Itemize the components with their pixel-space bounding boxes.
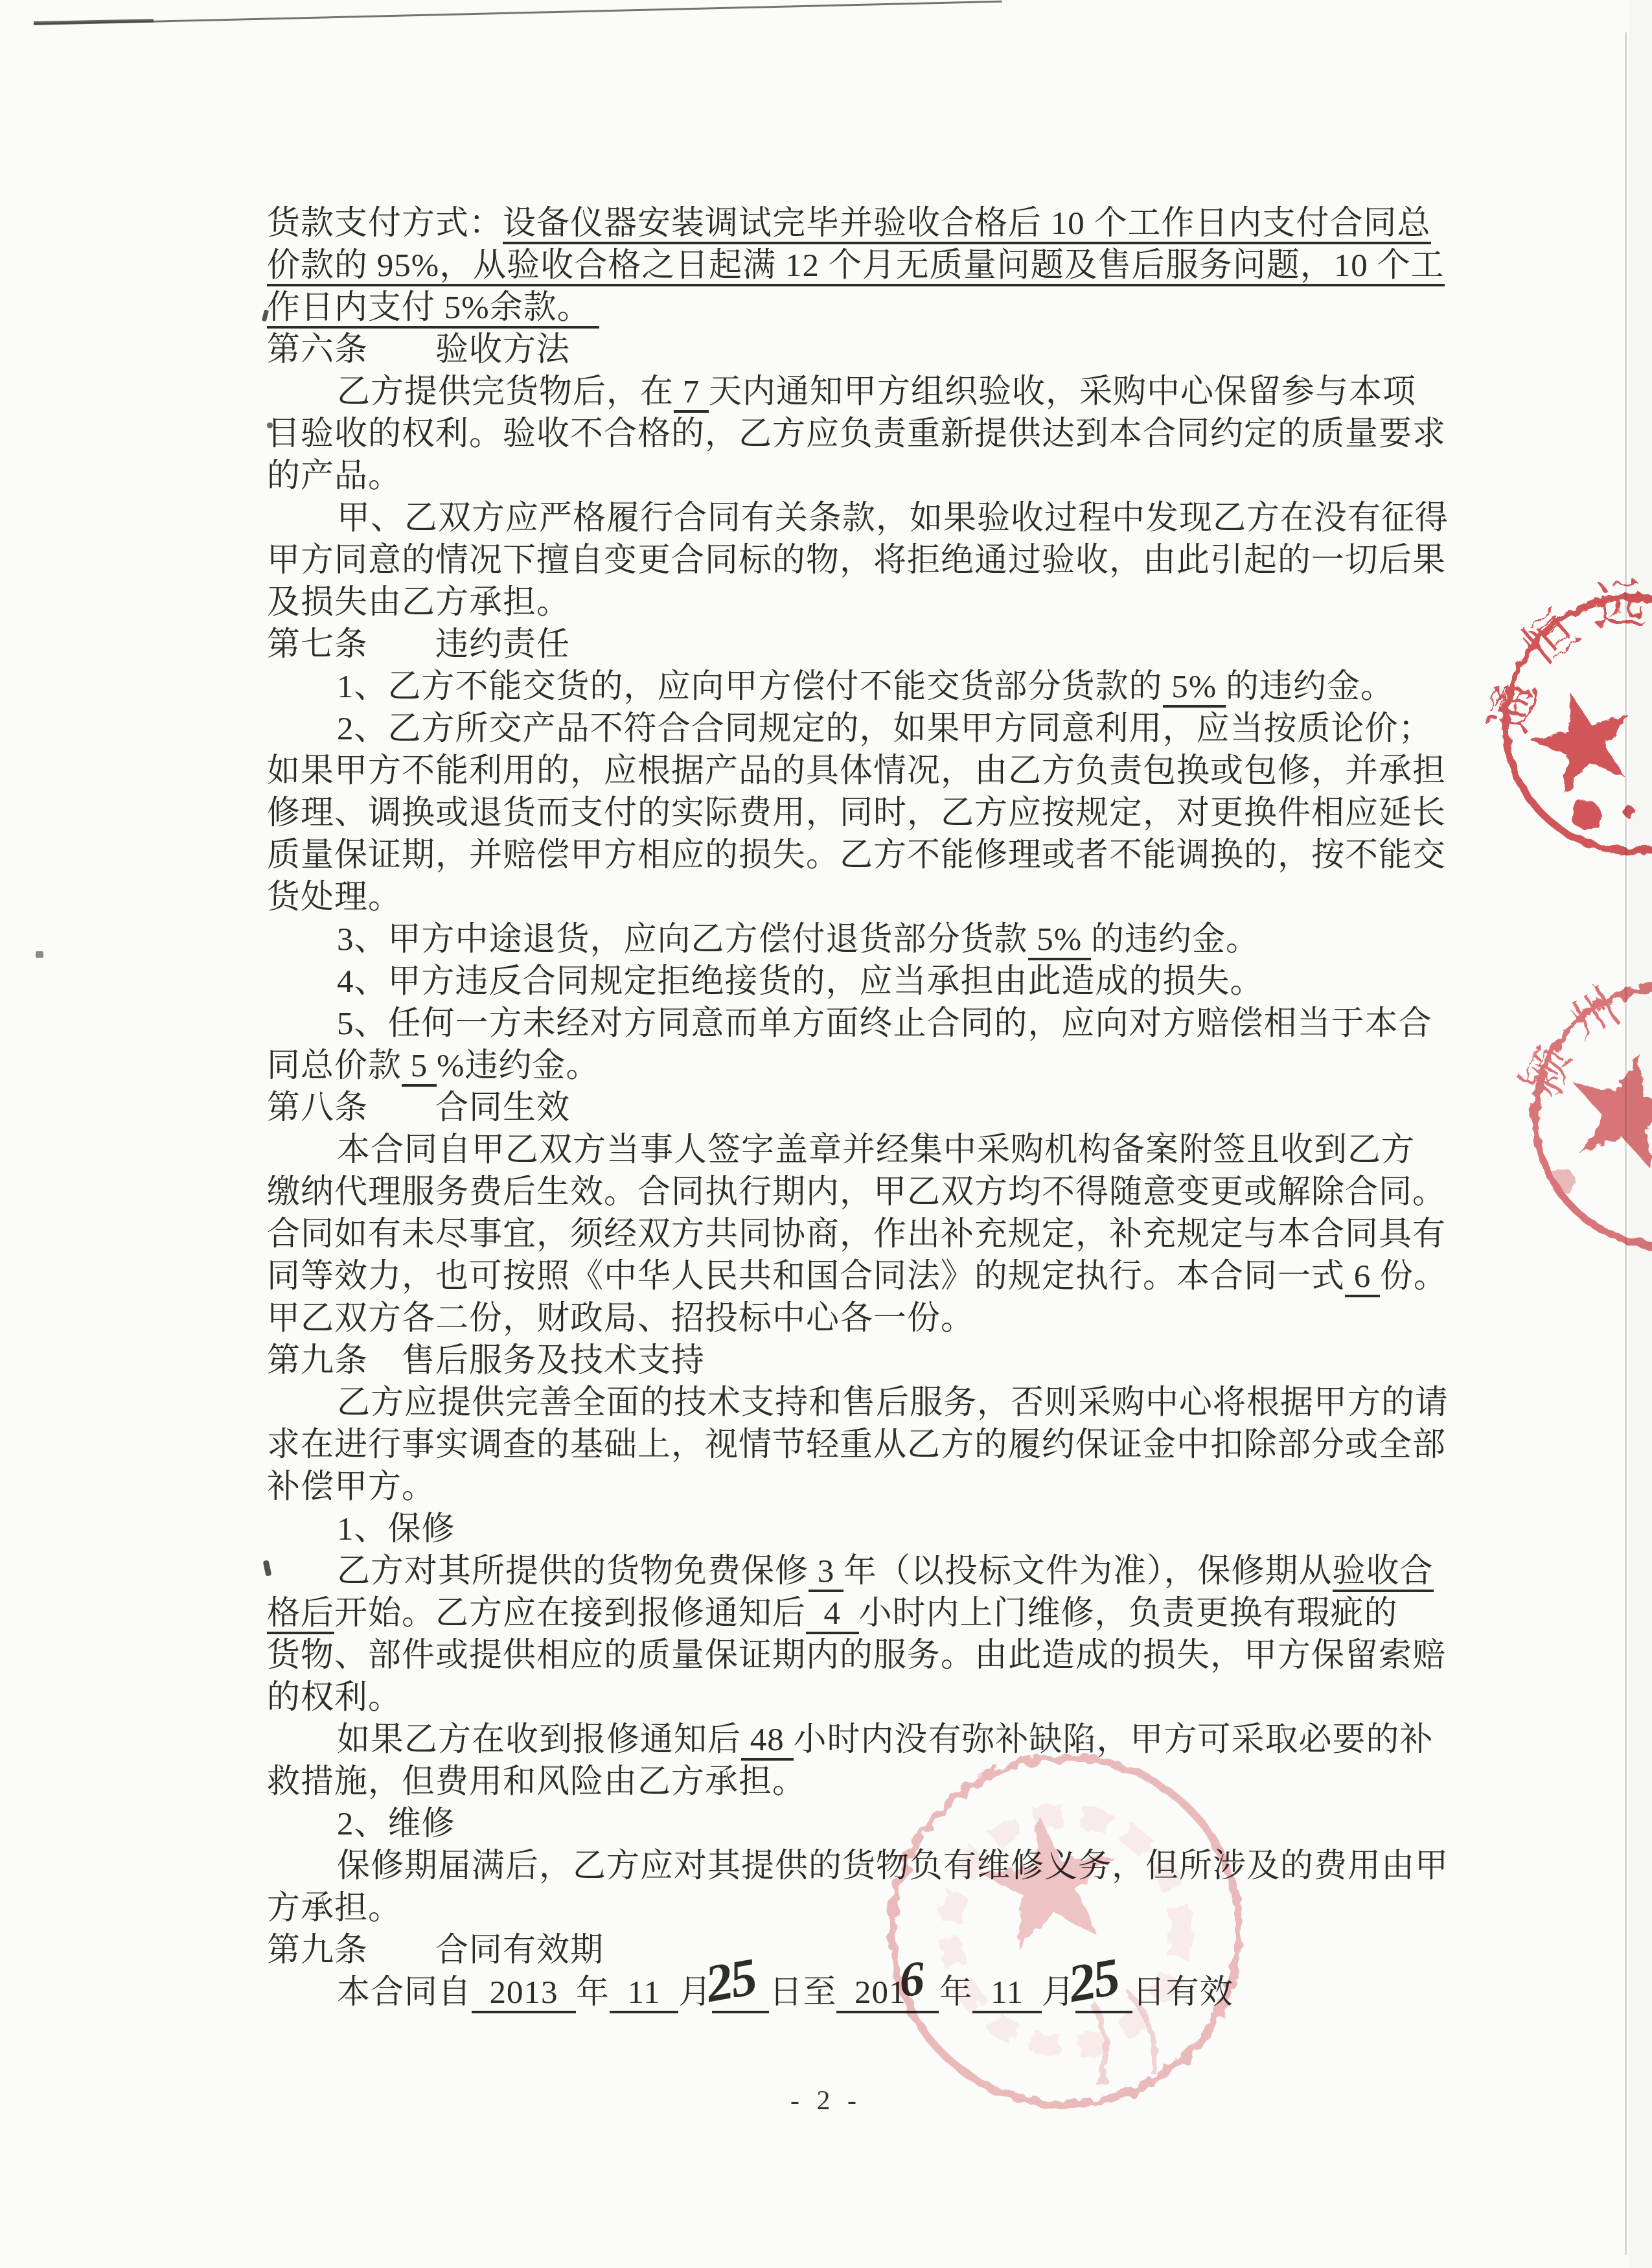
text-segment: 设备仪器安装调试完毕并验收合格后 10 个工作日内支付合同总 — [503, 205, 1431, 244]
text-line: 作日内支付 5%余款。 — [267, 287, 1412, 329]
text-segment: 本合同自 — [337, 1974, 472, 2011]
text-segment: 11 — [610, 1974, 678, 2013]
text-segment: 的违约金。 — [1091, 921, 1259, 958]
text-segment: 第九条 售后服务及技术支持 — [267, 1343, 705, 1379]
text-segment: 同等效力，也可按照《中华人民共和国合同法》的规定执行。本合同一式 — [267, 1258, 1345, 1295]
text-segment: 2、乙方所交产品不符合合同规定的，如果甲方同意利用，应当按质论价； — [337, 711, 1432, 747]
seal-stamp-top-right: 通恒远 — [1464, 556, 1652, 893]
seal-arc-text: 颍州 — [1514, 971, 1642, 1105]
text-segment: 货款支付方式： — [267, 205, 503, 242]
text-line: 同总价款 5 %违约金。 — [267, 1045, 1412, 1087]
text-segment: 小时内没有弥补缺陷，甲方可采取必要的补 — [794, 1722, 1434, 1758]
text-segment: 7 — [674, 374, 709, 413]
text-line: 质量保证期，并赔偿甲方相应的损失。乙方不能修理或者不能调换的，按不能交 — [267, 835, 1412, 877]
text-segment: 的产品。 — [267, 458, 402, 494]
text-line: 合同如有未尽事宜，须经双方共同协商，作出补充规定，补充规定与本合同具有 — [267, 1214, 1412, 1256]
scan-artifact-top-line — [34, 1, 1002, 25]
scan-edge-shade — [1629, 0, 1652, 2268]
text-segment: 甲方同意的情况下擅自变更合同标的物，将拒绝通过验收，由此引起的一切后果 — [267, 542, 1446, 579]
text-segment: 甲、乙双方应严格履行合同有关条款，如果验收过程中发现乙方在没有征得 — [337, 500, 1449, 537]
text-line: 乙方应提供完善全面的技术支持和售后服务，否则采购中心将根据甲方的请 — [267, 1382, 1412, 1424]
text-line: 乙方对其所提供的货物免费保修 3 年（以投标文件为准），保修期从验收合 — [267, 1551, 1412, 1593]
text-segment: 年 — [576, 1974, 610, 2011]
text-segment: 4、甲方违反合同规定拒绝接货的，应当承担由此造成的损失。 — [337, 964, 1264, 1000]
text-segment: 11 — [972, 1974, 1041, 2013]
text-line: 2、乙方所交产品不符合合同规定的，如果甲方同意利用，应当按质论价； — [267, 708, 1412, 750]
text-segment: 4 — [806, 1595, 859, 1634]
text-line: 第九条 合同有效期 — [267, 1930, 1412, 1972]
contract-body: 货款支付方式：设备仪器安装调试完毕并验收合格后 10 个工作日内支付合同总价款的… — [267, 203, 1412, 2014]
scanned-contract-page: { "page": { "number_label": "- 2 -" }, "… — [0, 0, 1652, 2268]
text-segment: 第七条 违约责任 — [267, 627, 570, 663]
text-line: 价款的 95%，从验收合格之日起满 12 个月无质量问题及售后服务问题，10 个… — [267, 245, 1412, 287]
text-segment: 求在进行事实调查的基础上，视情节轻重从乙方的履约保证金中扣除部分或全部 — [267, 1427, 1446, 1463]
text-segment: 乙方对其所提供的货物免费保修 — [337, 1553, 809, 1590]
text-segment: 作日内支付 5%余款。 — [267, 290, 599, 329]
scan-speck — [36, 951, 43, 958]
text-line: 目验收的权利。验收不合格的，乙方应负责重新提供达到本合同约定的质量要求 — [267, 413, 1412, 456]
text-segment: 2、维修 — [337, 1806, 455, 1842]
text-line: 货处理。 — [267, 877, 1412, 919]
text-line: 补偿甲方。 — [267, 1466, 1412, 1509]
text-segment: 合同如有未尽事宜，须经双方共同协商，作出补充规定，补充规定与本合同具有 — [267, 1216, 1446, 1253]
text-line: 及损失由乙方承担。 — [267, 582, 1412, 624]
text-line: 1、乙方不能交货的，应向甲方偿付不能交货部分货款的 5% 的违约金。 — [267, 666, 1412, 708]
text-line: 第八条 合同生效 — [267, 1087, 1412, 1129]
page-number: - 2 - — [0, 2085, 1652, 2116]
text-segment: 天内通知甲方组织验收，采购中心保留参与本项 — [709, 374, 1416, 410]
text-line: 的产品。 — [267, 456, 1412, 498]
text-line: 修理、调换或退货而支付的实际费用，同时，乙方应按规定，对更换件相应延长 — [267, 793, 1412, 835]
text-line: 甲、乙双方应严格履行合同有关条款，如果验收过程中发现乙方在没有征得 — [267, 498, 1412, 540]
text-segment: 的权利。 — [267, 1680, 402, 1716]
text-line: 如果甲方不能利用的，应根据产品的具体情况，由乙方负责包换或包修，并承担 — [267, 750, 1412, 793]
text-segment: 本合同自甲乙双方当事人签字盖章并经集中采购机构备案附签且收到乙方 — [337, 1132, 1415, 1168]
text-segment: 201 — [836, 1974, 906, 2013]
text-line: 方承担。 — [267, 1888, 1412, 1930]
svg-text:颍州: 颍州 — [1514, 971, 1642, 1105]
text-segment: 日至 — [769, 1974, 836, 2011]
handwritten-text: 25 — [1084, 1974, 1114, 2013]
text-segment: 1、保修 — [337, 1511, 455, 1547]
text-segment: 乙方提供完货物后，在 — [337, 374, 674, 410]
text-line: 乙方提供完货物后，在 7 天内通知甲方组织验收，采购中心保留参与本项 — [267, 371, 1412, 413]
text-segment: 2013 — [472, 1974, 576, 2013]
text-line: 本合同自 2013 年 11 月 25 日至 2016 年 11 月 25 日有… — [267, 1972, 1412, 2014]
text-line: 第九条 售后服务及技术支持 — [267, 1340, 1412, 1382]
text-segment: 同总价款 — [267, 1048, 402, 1084]
text-line: 缴纳代理服务费后生效。合同执行期内，甲乙双方均不得随意变更或解除合同。 — [267, 1172, 1412, 1214]
text-line: 1、保修 — [267, 1509, 1412, 1551]
text-segment: %违约金。 — [437, 1048, 599, 1084]
text-line: 同等效力，也可按照《中华人民共和国合同法》的规定执行。本合同一式 6 份。 — [267, 1256, 1412, 1298]
text-segment: 甲乙双方各二份，财政局、招投标中心各一份。 — [267, 1301, 974, 1337]
text-line: 保修期届满后，乙方应对其提供的货物负有维修义务，但所涉及的费用由甲 — [267, 1846, 1412, 1888]
text-line: 如果乙方在收到报修通知后 48 小时内没有弥补缺陷，甲方可采取必要的补 — [267, 1719, 1412, 1761]
text-segment: 1、乙方不能交货的，应向甲方偿付不能交货部分货款的 — [337, 669, 1163, 705]
text-segment: 保修期届满后，乙方应对其提供的货物负有维修义务，但所涉及的费用由甲 — [337, 1848, 1449, 1884]
text-line: 4、甲方违反合同规定拒绝接货的，应当承担由此造成的损失。 — [267, 961, 1412, 1003]
text-segment: 质量保证期，并赔偿甲方相应的损失。乙方不能修理或者不能调换的，按不能交 — [267, 837, 1446, 874]
ink-blot — [1571, 800, 1601, 830]
text-segment: 5% — [1028, 921, 1091, 960]
text-segment: 目验收的权利。验收不合格的，乙方应负责重新提供达到本合同约定的质量要求 — [267, 416, 1446, 452]
text-segment: 乙方应提供完善全面的技术支持和售后服务，否则采购中心将根据甲方的请 — [337, 1385, 1449, 1421]
text-line: 甲乙双方各二份，财政局、招投标中心各一份。 — [267, 1298, 1412, 1340]
text-line: 货款支付方式：设备仪器安装调试完毕并验收合格后 10 个工作日内支付合同总 — [267, 203, 1412, 245]
handwritten-text: 25 — [721, 1974, 751, 2013]
text-line: 救措施，但费用和风险由乙方承担。 — [267, 1761, 1412, 1803]
text-line: 求在进行事实调查的基础上，视情节轻重从乙方的履约保证金中扣除部分或全部 — [267, 1424, 1412, 1466]
text-segment: 48 — [741, 1722, 794, 1761]
text-segment: 5 — [402, 1048, 437, 1087]
text-segment: 6 — [1345, 1258, 1380, 1297]
text-line: 2、维修 — [267, 1803, 1412, 1846]
text-segment: 如果乙方在收到报修通知后 — [337, 1722, 741, 1758]
text-line: 甲方同意的情况下擅自变更合同标的物，将拒绝通过验收，由此引起的一切后果 — [267, 540, 1412, 582]
text-line: 格后开始。乙方应在接到报修通知后 4 小时内上门维修，负责更换有瑕疵的 — [267, 1593, 1412, 1635]
text-line: 3、甲方中途退货，应向乙方偿付退货部分货款 5% 的违约金。 — [267, 919, 1412, 961]
handwritten-text: 6 — [906, 1974, 921, 2013]
text-line: 本合同自甲乙双方当事人签字盖章并经集中采购机构备案附签且收到乙方 — [267, 1129, 1412, 1172]
text-segment: 第九条 合同有效期 — [267, 1932, 604, 1969]
text-segment: 年（以投标文件为准），保修期从 — [843, 1553, 1333, 1590]
text-line: 的权利。 — [267, 1677, 1412, 1719]
text-line: 5、任何一方未经对方同意而单方面终止合同的，应向对方赔偿相当于本合 — [267, 1003, 1412, 1045]
text-segment: 5、任何一方未经对方同意而单方面终止合同的，应向对方赔偿相当于本合 — [337, 1006, 1432, 1042]
text-segment: 第六条 验收方法 — [267, 332, 570, 368]
text-segment: 3 — [809, 1553, 843, 1592]
text-segment: 缴纳代理服务费后生效。合同执行期内，甲乙双方均不得随意变更或解除合同。 — [267, 1174, 1446, 1210]
text-segment: 及损失由乙方承担。 — [267, 584, 570, 621]
text-segment: 方承担。 — [267, 1890, 402, 1927]
text-segment: 救措施，但费用和风险由乙方承担。 — [267, 1764, 806, 1800]
text-segment: 货物、部件或提供相应的质量保证期内的服务。由此造成的损失，甲方保留索赔 — [267, 1637, 1446, 1674]
text-segment: 5% — [1163, 669, 1226, 708]
scan-edge-line — [1625, 32, 1627, 2255]
text-line: 货物、部件或提供相应的质量保证期内的服务。由此造成的损失，甲方保留索赔 — [267, 1635, 1412, 1677]
ink-blot — [1550, 1168, 1576, 1194]
text-segment: 补偿甲方。 — [267, 1469, 435, 1505]
text-segment: 验收合 — [1333, 1553, 1434, 1592]
text-segment: 第八条 合同生效 — [267, 1090, 570, 1126]
text-segment: 的违约金。 — [1226, 669, 1394, 705]
text-segment: 份。 — [1380, 1258, 1447, 1295]
text-segment: 年 — [939, 1974, 972, 2011]
text-segment: 3、甲方中途退货，应向乙方偿付退货部分货款 — [337, 921, 1028, 958]
text-segment: 格后 — [267, 1595, 334, 1634]
text-segment: 货处理。 — [267, 879, 402, 916]
text-line: 第六条 验收方法 — [267, 329, 1412, 371]
text-segment: 小时内上门维修，负责更换有瑕疵的 — [859, 1595, 1398, 1632]
text-segment: 价款的 95%，从验收合格之日起满 12 个月无质量问题及售后服务问题，10 个… — [267, 248, 1445, 286]
text-segment: 修理、调换或退货而支付的实际费用，同时，乙方应按规定，对更换件相应延长 — [267, 795, 1446, 831]
text-segment: 开始。乙方应在接到报修通知后 — [334, 1595, 806, 1632]
text-line: 第七条 违约责任 — [267, 624, 1412, 666]
text-segment: 如果甲方不能利用的，应根据产品的具体情况，由乙方负责包换或包修，并承担 — [267, 753, 1446, 789]
text-segment: 日有效 — [1132, 1974, 1233, 2011]
